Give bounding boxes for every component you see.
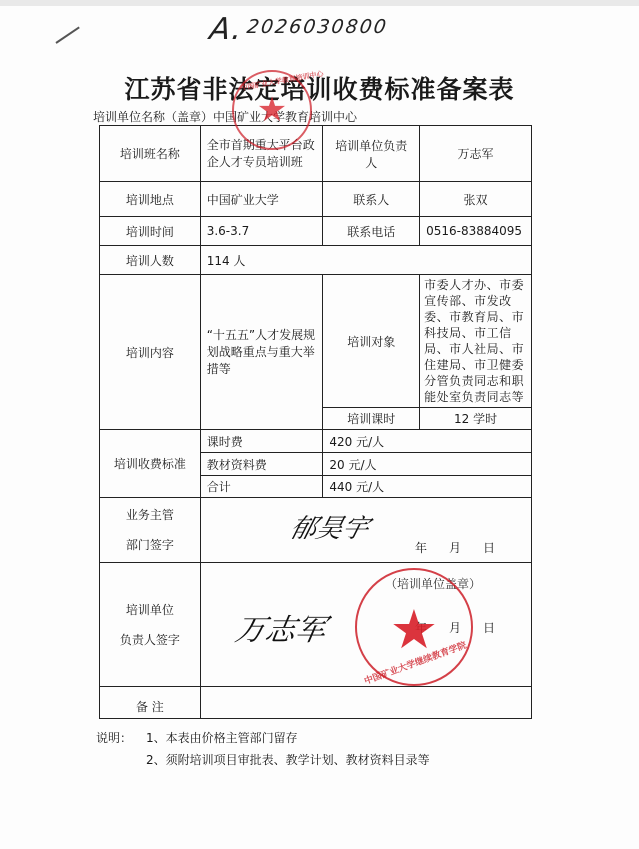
fee-item: 教材资料费 <box>200 453 323 476</box>
remarks-value <box>200 687 531 719</box>
notes-label: 说明： <box>96 727 146 749</box>
date-month: 月 <box>449 621 461 635</box>
table-row: 培训时间 3.6-3.7 联系电话 0516-83884095 <box>100 217 532 246</box>
table-row: 培训人数 114 人 <box>100 246 532 275</box>
target-value: 市委人才办、市委宣传部、市发改委、市教育局、市科技局、市工信局、市人社局、市住建… <box>420 275 532 408</box>
dept-sign-label-line-2: 部门签字 <box>106 530 194 560</box>
table-row: 培训收费标准 课时费 420 元/人 <box>100 430 532 453</box>
contact-value: 张双 <box>420 182 532 217</box>
hours-value: 12 学时 <box>420 408 532 430</box>
handwritten-filing-number: A.2026030800 <box>208 12 390 47</box>
date-month: 月 <box>449 541 461 555</box>
unit-head-value: 万志军 <box>420 126 532 182</box>
table-row: 培训地点 中国矿业大学 联系人 张双 <box>100 182 532 217</box>
filing-form-table: 培训班名称 全市首期重大平台政 企人才专员培训班 培训单位负责人 万志军 培训地… <box>99 125 532 719</box>
dept-sign-label-line-1: 业务主管 <box>106 500 194 530</box>
date-year: 年 <box>415 541 427 555</box>
contact-label: 联系人 <box>323 182 420 217</box>
training-unit-line: 培训单位名称（盖章）中国矿业大学教育培训中心 <box>93 108 357 125</box>
pen-stroke-mark <box>55 27 79 44</box>
count-value: 114 人 <box>200 246 531 275</box>
count-label: 培训人数 <box>100 246 201 275</box>
table-row: 备 注 <box>100 687 532 719</box>
handwritten-prefix: A. <box>208 12 246 47</box>
fee-item: 课时费 <box>200 430 323 453</box>
handwritten-code: 2026030800 <box>245 16 389 38</box>
note-row: 说明： 1、本表由价格主管部门留存 <box>96 727 430 749</box>
unit-sign-label: 培训单位 负责人签字 <box>100 563 201 687</box>
page-title: 江苏省非法定培训收费标准备案表 <box>0 70 639 106</box>
unit-sign-date: 年月日 <box>393 619 495 636</box>
note-item: 2、须附培训项目审批表、教学计划、教材资料目录等 <box>146 749 430 771</box>
dept-sign-cell: 郁昊宇 年月日 <box>200 498 531 563</box>
fee-amount: 420 元/人 <box>323 430 532 453</box>
dept-sign-date: 年月日 <box>393 539 495 556</box>
phone-label: 联系电话 <box>323 217 420 246</box>
class-name-value: 全市首期重大平台政 企人才专员培训班 <box>200 126 323 182</box>
training-unit-value: 中国矿业大学教育培训中心 <box>213 110 357 124</box>
scan-top-edge <box>0 0 639 6</box>
table-row: 培训班名称 全市首期重大平台政 企人才专员培训班 培训单位负责人 万志军 <box>100 126 532 182</box>
phone-value: 0516-83884095 <box>420 217 532 246</box>
notes-section: 说明： 1、本表由价格主管部门留存 2、须附培训项目审批表、教学计划、教材资料目… <box>96 727 430 771</box>
hours-label: 培训课时 <box>323 408 420 430</box>
fee-amount: 440 元/人 <box>323 476 532 498</box>
location-value: 中国矿业大学 <box>200 182 323 217</box>
note-row: 2、须附培训项目审批表、教学计划、教材资料目录等 <box>96 749 430 771</box>
class-name-label: 培训班名称 <box>100 126 201 182</box>
content-label: 培训内容 <box>100 275 201 430</box>
table-row: 培训内容 “十五五”人才发展规划战略重点与重大举措等 培训对象 市委人才办、市委… <box>100 275 532 408</box>
date-year: 年 <box>415 621 427 635</box>
unit-stamp-hint: （培训单位盖章） <box>385 575 481 592</box>
fee-item: 合计 <box>200 476 323 498</box>
dept-signature: 郁昊宇 <box>286 508 373 545</box>
unit-sign-cell: 万志军 年月日 <box>200 563 531 687</box>
note-item: 1、本表由价格主管部门留存 <box>146 727 298 749</box>
fee-label: 培训收费标准 <box>100 430 201 498</box>
date-day: 日 <box>483 621 495 635</box>
fee-amount: 20 元/人 <box>323 453 532 476</box>
training-unit-label: 培训单位名称（盖章） <box>93 110 213 124</box>
class-name-line-1: 全市首期重大平台政 <box>207 137 317 154</box>
target-label: 培训对象 <box>323 275 420 408</box>
remarks-label: 备 注 <box>100 687 201 719</box>
location-label: 培训地点 <box>100 182 201 217</box>
date-day: 日 <box>483 541 495 555</box>
time-value: 3.6-3.7 <box>200 217 323 246</box>
dept-sign-label: 业务主管 部门签字 <box>100 498 201 563</box>
unit-head-label: 培训单位负责人 <box>323 126 420 182</box>
class-name-line-2: 企人才专员培训班 <box>207 154 317 171</box>
unit-head-signature: 万志军 <box>232 605 330 649</box>
unit-sign-label-line-2: 负责人签字 <box>106 625 194 655</box>
notes-indent <box>96 749 146 771</box>
time-label: 培训时间 <box>100 217 201 246</box>
table-row: 业务主管 部门签字 郁昊宇 年月日 <box>100 498 532 563</box>
content-value: “十五五”人才发展规划战略重点与重大举措等 <box>200 275 323 430</box>
unit-sign-label-line-1: 培训单位 <box>106 595 194 625</box>
